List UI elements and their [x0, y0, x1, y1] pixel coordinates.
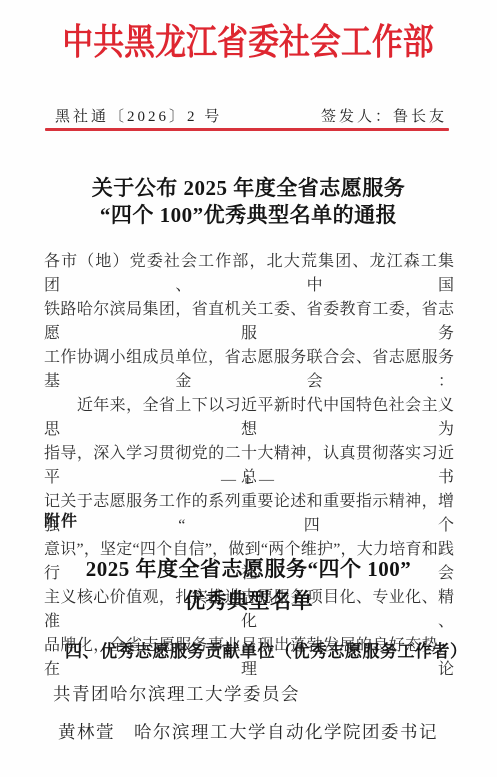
section-heading-four: 四、优秀志愿服务贡献单位（优秀志愿服务工作者） [65, 637, 468, 662]
issuer: 签发人：鲁长友 [321, 105, 447, 126]
attachment-title: 2025 年度全省志愿服务“四个 100” 优秀典型名单 [0, 553, 497, 617]
attachment-label: 附件 [44, 508, 78, 531]
red-divider-line [45, 128, 449, 131]
letterhead: 中共黑龙江省委社会工作部 [0, 14, 497, 65]
body-line: 工作协调小组成员单位，省志愿服务联合会、省志愿服务基金会： [44, 346, 454, 394]
agency-name: 中共黑龙江省委社会工作部 [63, 14, 435, 65]
document-page: 中共黑龙江省委社会工作部 黑社通〔2026〕2 号 签发人：鲁长友 关于公布 2… [0, 0, 497, 777]
doc-meta-row: 黑社通〔2026〕2 号 签发人：鲁长友 [55, 105, 447, 126]
document-title-line-1: 关于公布 2025 年度全省志愿服务 [0, 175, 497, 202]
body-line: 各市（地）党委社会工作部，北大荒集团、龙江森工集团、中国 [44, 250, 454, 298]
attachment-title-line-1: 2025 年度全省志愿服务“四个 100” [0, 553, 497, 585]
attachment-title-line-2: 优秀典型名单 [0, 585, 497, 617]
body-text: 各市（地）党委社会工作部，北大荒集团、龙江森工集团、中国 铁路哈尔滨局集团，省直… [44, 250, 454, 682]
document-title: 关于公布 2025 年度全省志愿服务 “四个 100”优秀典型名单的通报 [0, 175, 497, 229]
list-item-unit: 共青团哈尔滨理工大学委员会 [53, 681, 300, 706]
body-line: 记关于志愿服务工作的系列重要论述和重要指示精神，增强“四个 [44, 490, 454, 538]
body-line: 铁路哈尔滨局集团，省直机关工委、省委教育工委，省志愿服务 [44, 298, 454, 346]
page-number: — 1 — [0, 472, 497, 489]
doc-number: 黑社通〔2026〕2 号 [55, 105, 222, 126]
list-item-person: 黄林萱 哈尔滨理工大学自动化学院团委书记 [58, 719, 438, 744]
document-title-line-2: “四个 100”优秀典型名单的通报 [0, 202, 497, 229]
body-line: 近年来，全省上下以习近平新时代中国特色社会主义思想为 [44, 394, 454, 442]
